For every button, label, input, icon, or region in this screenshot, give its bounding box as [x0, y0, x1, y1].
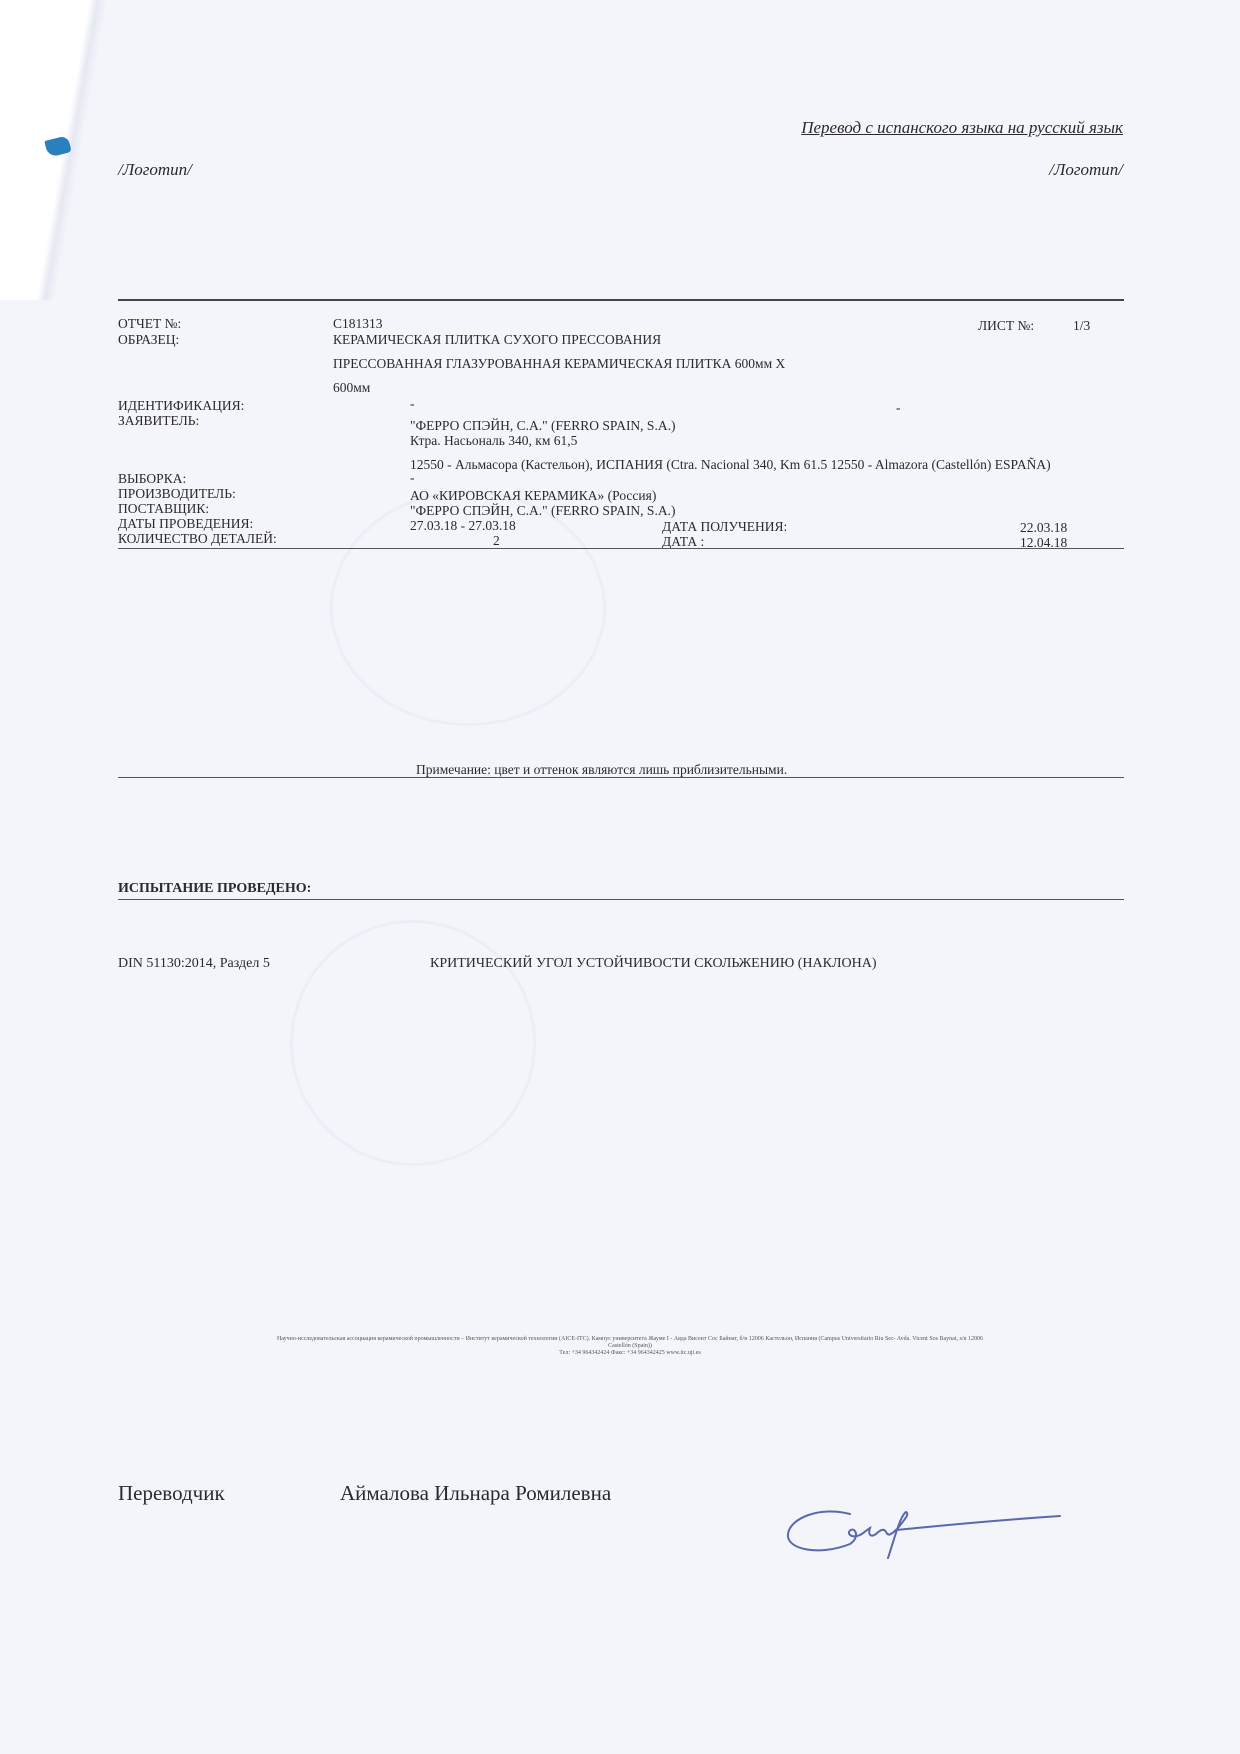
supplier-value: "ФЕРРО СПЭЙН, С.А." (FERRO SPAIN, S.A.): [410, 503, 675, 518]
applicant-line2: Ктра. Насьональ 340, км 61,5: [410, 433, 577, 448]
divider: [118, 548, 1124, 549]
footer-address: Научно-исследовательская ассоциация кера…: [120, 1336, 1140, 1357]
date-label: ДАТА :: [662, 534, 704, 549]
supplier-label: ПОСТАВЩИК:: [118, 501, 209, 516]
received-value: 22.03.18: [1020, 520, 1067, 535]
manufacturer-value: АО «КИРОВСКАЯ КЕРАМИКА» (Россия): [410, 488, 656, 503]
report-no-label: ОТЧЕТ №:: [118, 316, 181, 331]
divider: [118, 777, 1124, 778]
translation-note: Перевод с испанского языка на русский яз…: [801, 118, 1123, 138]
test-dates-label: ДАТЫ ПРОВЕДЕНИЯ:: [118, 516, 253, 531]
tests-title: ИСПЫТАНИЕ ПРОВЕДЕНО:: [118, 881, 311, 896]
test-name: КРИТИЧЕСКИЙ УГОЛ УСТОЙЧИВОСТИ СКОЛЬЖЕНИЮ…: [430, 956, 876, 971]
sample-label: ОБРАЗЕЦ:: [118, 332, 179, 347]
identification-extra: -: [896, 400, 901, 415]
translator-role: Переводчик: [118, 1486, 225, 1501]
sample-line3: 600мм: [333, 380, 370, 395]
applicant-line3: 12550 - Альмасора (Кастельон), ИСПАНИЯ (…: [410, 457, 1051, 472]
signature-icon: [780, 1500, 1070, 1570]
identification-label: ИДЕНТИФИКАЦИЯ:: [118, 398, 244, 413]
test-standard: DIN 51130:2014, Раздел 5: [118, 956, 270, 971]
test-dates-value: 27.03.18 - 27.03.18: [410, 518, 516, 533]
applicant-line1: "ФЕРРО СПЭЙН, С.А." (FERRO SPAIN, S.A.): [410, 418, 675, 433]
identification-value: -: [410, 396, 415, 411]
sheet-label: ЛИСТ №:: [978, 318, 1034, 333]
sample-line2: ПРЕССОВАННАЯ ГЛАЗУРОВАННАЯ КЕРАМИЧЕСКАЯ …: [333, 356, 785, 371]
divider: [118, 899, 1124, 900]
pieces-value: 2: [493, 533, 500, 548]
footer-line3: Тел: +34 964342424 Факс: +34 964342425 w…: [120, 1350, 1140, 1357]
footer-line2: Castellón (Spain)): [120, 1343, 1140, 1350]
report-no-value: C181313: [333, 316, 383, 331]
logo-right: /Логотип/: [1049, 160, 1123, 180]
pieces-label: КОЛИЧЕСТВО ДЕТАЛЕЙ:: [118, 531, 277, 546]
sheet-value: 1/3: [1073, 318, 1090, 333]
logo-left: /Логотип/: [118, 160, 192, 180]
selection-value: -: [410, 470, 415, 485]
manufacturer-label: ПРОИЗВОДИТЕЛЬ:: [118, 486, 236, 501]
sample-line1: КЕРАМИЧЕСКАЯ ПЛИТКА СУХОГО ПРЕССОВАНИЯ: [333, 332, 661, 347]
footer-line1: Научно-исследовательская ассоциация кера…: [120, 1336, 1140, 1343]
color-note: Примечание: цвет и оттенок являются лишь…: [416, 762, 787, 777]
received-label: ДАТА ПОЛУЧЕНИЯ:: [662, 519, 787, 534]
selection-label: ВЫБОРКА:: [118, 471, 186, 486]
translator-name: Аймалова Ильнара Ромилевна: [340, 1486, 611, 1501]
applicant-label: ЗАЯВИТЕЛЬ:: [118, 413, 199, 428]
divider: [118, 299, 1124, 301]
